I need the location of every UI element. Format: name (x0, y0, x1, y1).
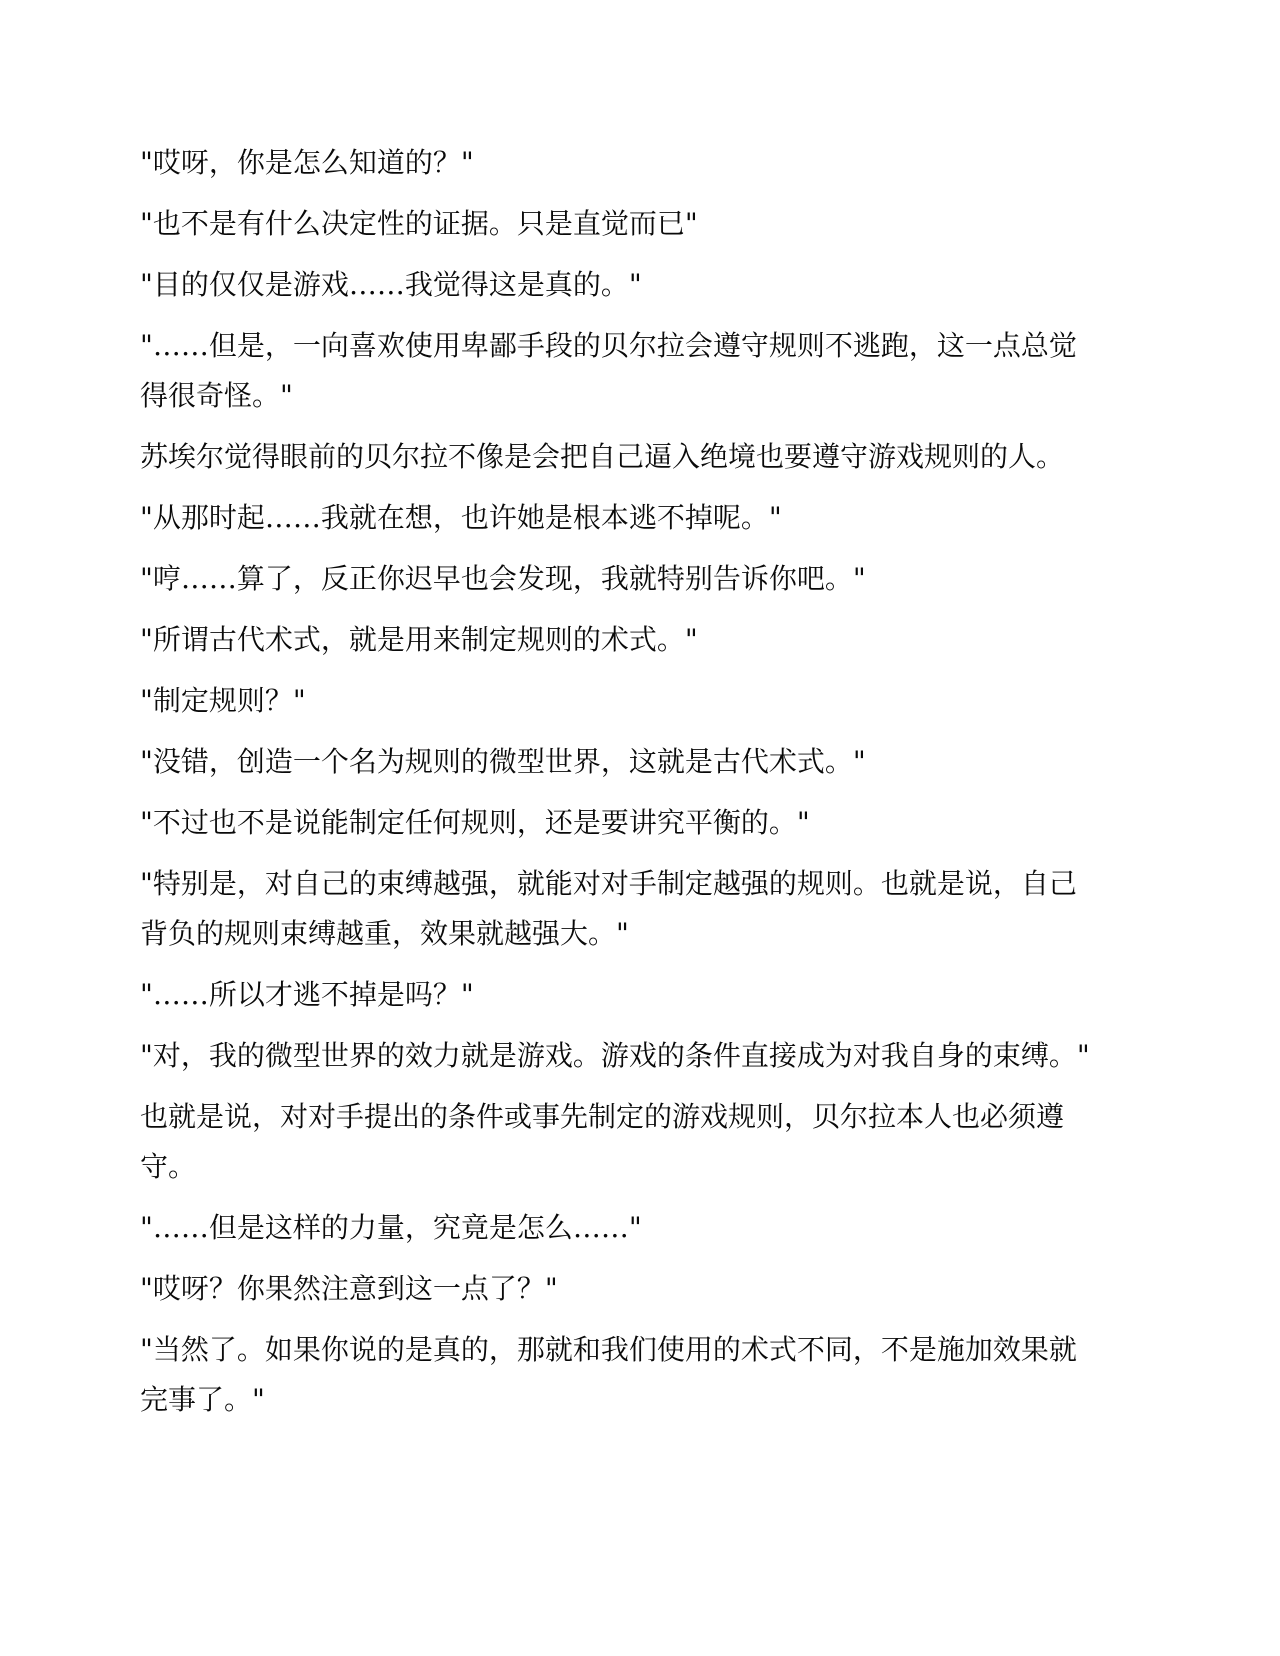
paragraph: "……但是，一向喜欢使用卑鄙手段的贝尔拉会遵守规则不逃跑，这一点总觉得很奇怪。" (140, 321, 1100, 421)
paragraph: "……所以才逃不掉是吗？" (140, 970, 1100, 1020)
novel-text-body: "哎呀，你是怎么知道的？""也不是有什么决定性的证据。只是直觉而已""目的仅仅是… (140, 138, 1100, 1425)
paragraph: "制定规则？" (140, 676, 1100, 726)
paragraph: "不过也不是说能制定任何规则，还是要讲究平衡的。" (140, 798, 1100, 848)
paragraph: "……但是这样的力量，究竟是怎么……" (140, 1203, 1100, 1253)
paragraph: "所谓古代术式，就是用来制定规则的术式。" (140, 615, 1100, 665)
document-page: "哎呀，你是怎么知道的？""也不是有什么决定性的证据。只是直觉而已""目的仅仅是… (0, 0, 1280, 1656)
paragraph: "也不是有什么决定性的证据。只是直觉而已" (140, 199, 1100, 249)
paragraph: "特别是，对自己的束缚越强，就能对对手制定越强的规则。也就是说，自己背负的规则束… (140, 859, 1100, 959)
paragraph: 也就是说，对对手提出的条件或事先制定的游戏规则，贝尔拉本人也必须遵守。 (140, 1092, 1100, 1192)
paragraph: "目的仅仅是游戏……我觉得这是真的。" (140, 260, 1100, 310)
paragraph: "哎呀，你是怎么知道的？" (140, 138, 1100, 188)
paragraph: "从那时起……我就在想，也许她是根本逃不掉呢。" (140, 493, 1100, 543)
paragraph: 苏埃尔觉得眼前的贝尔拉不像是会把自己逼入绝境也要遵守游戏规则的人。 (140, 432, 1100, 482)
paragraph: "哎呀？你果然注意到这一点了？" (140, 1264, 1100, 1314)
paragraph: "哼……算了，反正你迟早也会发现，我就特别告诉你吧。" (140, 554, 1100, 604)
paragraph: "对，我的微型世界的效力就是游戏。游戏的条件直接成为对我自身的束缚。" (140, 1031, 1100, 1081)
paragraph: "当然了。如果你说的是真的，那就和我们使用的术式不同，不是施加效果就完事了。" (140, 1325, 1100, 1425)
paragraph: "没错，创造一个名为规则的微型世界，这就是古代术式。" (140, 737, 1100, 787)
